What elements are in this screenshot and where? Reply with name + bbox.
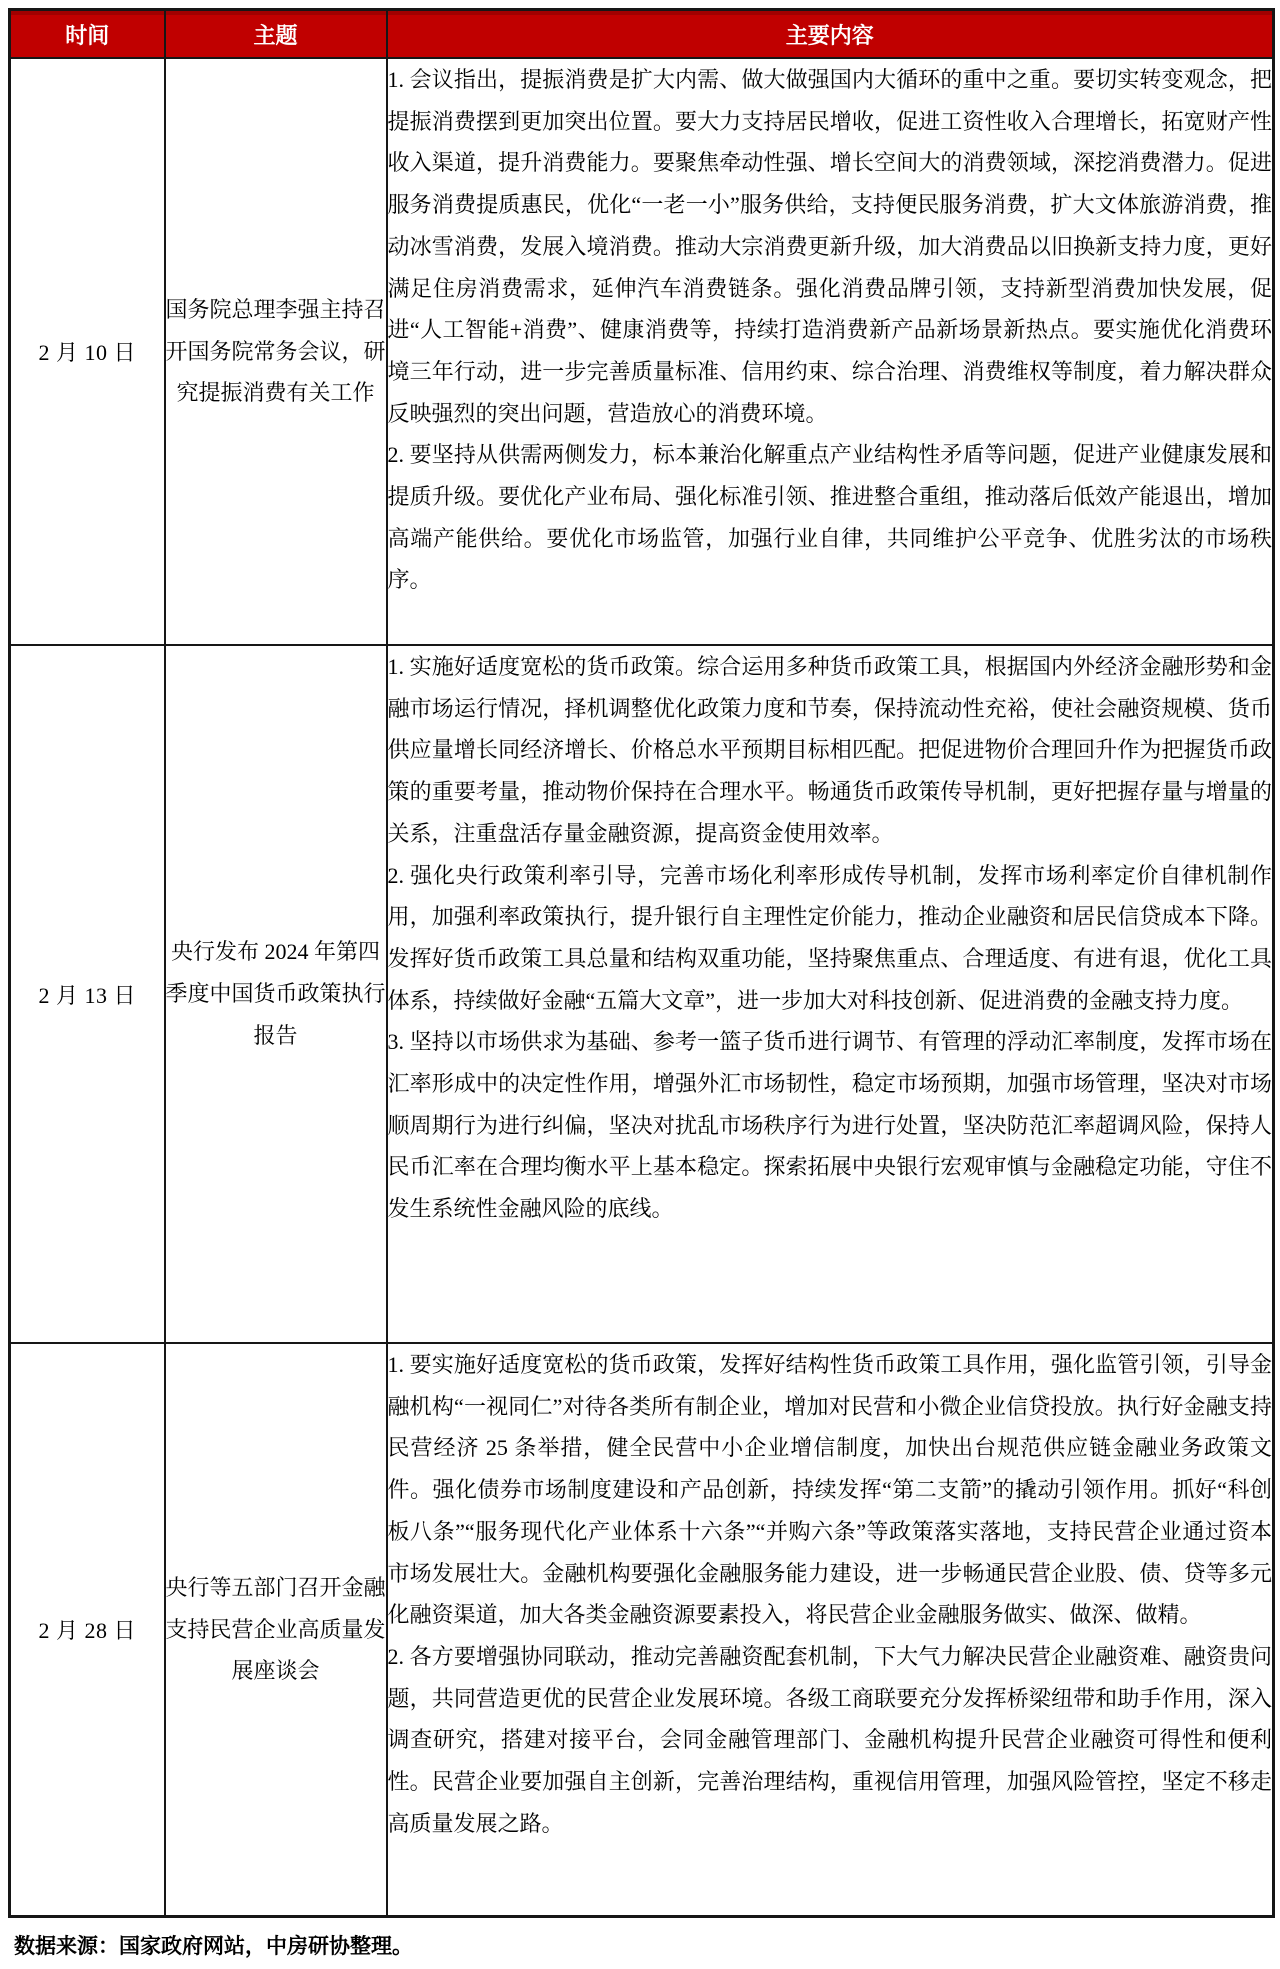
table-header-row: 时间 主题 主要内容 <box>10 10 1274 59</box>
date-cell: 2 月 10 日 <box>10 58 165 645</box>
topic-cell: 央行发布 2024 年第四季度中国货币政策执行报告 <box>165 645 387 1343</box>
topic-cell: 国务院总理李强主持召开国务院常务会议，研究提振消费有关工作 <box>165 58 387 645</box>
content-paragraph: 2. 要坚持从供需两侧发力，标本兼治化解重点产业结构性矛盾等问题，促进产业健康发… <box>388 434 1273 601</box>
content-paragraph: 1. 要实施好适度宽松的货币政策，发挥好结构性货币政策工具作用，强化监管引领，引… <box>388 1344 1273 1636</box>
content-cell: 1. 会议指出，提振消费是扩大内需、做大做强国内大循环的重中之重。要切实转变观念… <box>387 58 1274 645</box>
table-row: 2 月 10 日 国务院总理李强主持召开国务院常务会议，研究提振消费有关工作 1… <box>10 58 1274 645</box>
content-block: 1. 实施好适度宽松的货币政策。综合运用多种货币政策工具，根据国内外经济金融形势… <box>388 646 1273 1342</box>
content-paragraph: 2. 强化央行政策利率引导，完善市场化利率形成传导机制，发挥市场利率定价自律机制… <box>388 855 1273 1022</box>
table-row: 2 月 13 日 央行发布 2024 年第四季度中国货币政策执行报告 1. 实施… <box>10 645 1274 1343</box>
topic-cell: 央行等五部门召开金融支持民营企业高质量发展座谈会 <box>165 1343 387 1917</box>
content-paragraph: 1. 会议指出，提振消费是扩大内需、做大做强国内大循环的重中之重。要切实转变观念… <box>388 59 1273 434</box>
content-paragraph: 3. 坚持以市场供求为基础、参考一篮子货币进行调节、有管理的浮动汇率制度，发挥市… <box>388 1021 1273 1230</box>
content-cell: 1. 实施好适度宽松的货币政策。综合运用多种货币政策工具，根据国内外经济金融形势… <box>387 645 1274 1343</box>
source-note: 数据来源：国家政府网站，中房研协整理。 <box>14 1930 1272 1960</box>
policy-summary-page: 时间 主题 主要内容 2 月 10 日 国务院总理李强主持召开国务院常务会议，研… <box>8 8 1272 1960</box>
content-paragraph: 1. 实施好适度宽松的货币政策。综合运用多种货币政策工具，根据国内外经济金融形势… <box>388 646 1273 855</box>
header-topic: 主题 <box>165 10 387 59</box>
date-cell: 2 月 13 日 <box>10 645 165 1343</box>
content-cell: 1. 要实施好适度宽松的货币政策，发挥好结构性货币政策工具作用，强化监管引领，引… <box>387 1343 1274 1917</box>
content-paragraph: 2. 各方要增强协同联动，推动完善融资配套机制，下大气力解决民营企业融资难、融资… <box>388 1636 1273 1845</box>
table-row: 2 月 28 日 央行等五部门召开金融支持民营企业高质量发展座谈会 1. 要实施… <box>10 1343 1274 1917</box>
content-block: 1. 要实施好适度宽松的货币政策，发挥好结构性货币政策工具作用，强化监管引领，引… <box>388 1344 1273 1915</box>
header-time: 时间 <box>10 10 165 59</box>
header-main-content: 主要内容 <box>387 10 1274 59</box>
content-block: 1. 会议指出，提振消费是扩大内需、做大做强国内大循环的重中之重。要切实转变观念… <box>388 59 1273 644</box>
date-cell: 2 月 28 日 <box>10 1343 165 1917</box>
policy-table: 时间 主题 主要内容 2 月 10 日 国务院总理李强主持召开国务院常务会议，研… <box>8 8 1275 1918</box>
